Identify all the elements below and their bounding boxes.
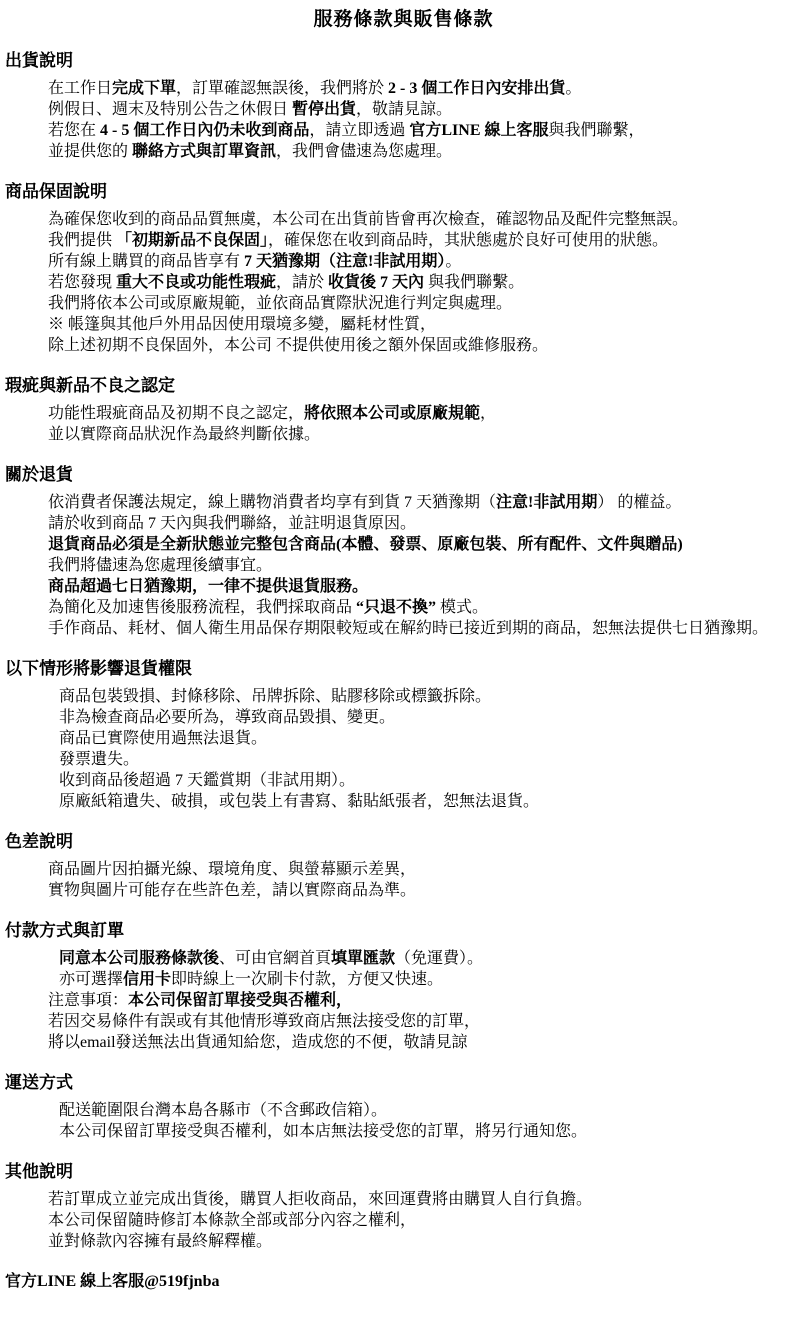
paragraph-line: 配送範圍限台灣本島各縣市（不含郵政信箱）。 (5, 1100, 802, 1121)
paragraph-line: 並提供您的 聯絡方式與訂單資訊，我們會儘速為您處理。 (5, 141, 802, 162)
text-segment: ， (480, 405, 496, 422)
paragraph-line: 若您發現 重大不良或功能性瑕疵，請於 收貨後 7 天內 與我們聯繫。 (5, 272, 802, 293)
text-segment: ） 的權益。 (597, 494, 681, 511)
section: 其他說明若訂單成立並完成出貨後，購買人拒收商品，來回運費將由購買人自行負擔。本公… (5, 1161, 802, 1252)
text-segment: 並提供您的 (48, 143, 132, 160)
text-segment: 。 (565, 80, 581, 97)
text-segment: 若訂單成立並完成出貨後，購買人拒收商品，來回運費將由購買人自行負擔。 (48, 1191, 592, 1208)
text-segment: 若您發現 (48, 274, 116, 291)
text-segment: 若因交易條件有誤或有其他情形導致商店無法接受您的訂單， (48, 1013, 480, 1030)
text-segment: ，請立即透過 (309, 122, 409, 139)
paragraph-line: 所有線上購買的商品皆享有 7 天猶豫期（注意!非試用期）。 (5, 251, 802, 272)
text-segment: 暫停出貨 (292, 101, 356, 118)
paragraph-line: 我們將依本公司或原廠規範，並依商品實際狀況進行判定與處理。 (5, 293, 802, 314)
section-heading: 出貨說明 (5, 50, 802, 72)
paragraph-line: 例假日、週末及特別公告之休假日 暫停出貨，敬請見諒。 (5, 99, 802, 120)
text-segment: “只退不換” (356, 599, 436, 616)
section-heading: 付款方式與訂單 (5, 920, 802, 942)
text-segment: 收貨後 7 天內 (328, 274, 424, 291)
text-segment: 為簡化及加速售後服務流程，我們採取商品 (48, 599, 356, 616)
text-segment: 商品超過七日猶豫期，一律不提供退貨服務。 (48, 578, 368, 595)
text-segment: ，敬請見諒。 (356, 101, 452, 118)
paragraph-line: 若您在 4 - 5 個工作日內仍未收到商品，請立即透過 官方LINE 線上客服與… (5, 120, 802, 141)
text-segment: 商品已實際使用過無法退貨。 (59, 730, 267, 747)
text-segment: ，請於 (276, 274, 328, 291)
text-segment: 本公司保留訂單接受與否權利，如本店無法接受您的訂單，將另行通知您。 (59, 1123, 587, 1140)
text-segment: 依消費者保護法規定，線上購物消費者均享有到貨 7 天猶豫期（ (48, 494, 496, 511)
text-segment: 為確保您收到的商品品質無虞，本公司在出貨前皆會再次檢查，確認物品及配件完整無誤。 (48, 211, 688, 228)
paragraph-line: 手作商品、耗材、個人衛生用品保存期限較短或在解約時已接近到期的商品，恕無法提供七… (5, 618, 802, 639)
section: 以下情形將影響退貨權限商品包裝毀損、封條移除、吊牌拆除、貼膠移除或標籤拆除。非為… (5, 658, 802, 812)
text-segment: ※ 帳篷與其他戶外用品因使用環境多變，屬耗材性質， (48, 316, 436, 333)
text-segment: 在工作日 (48, 80, 112, 97)
text-segment: 模式。 (436, 599, 488, 616)
text-segment: 手作商品、耗材、個人衛生用品保存期限較短或在解約時已接近到期的商品，恕無法提供七… (48, 620, 768, 637)
section: 關於退貨依消費者保護法規定，線上購物消費者均享有到貨 7 天猶豫期（注意!非試用… (5, 464, 802, 639)
paragraph-line: 請於收到商品 7 天內與我們聯絡，並註明退貨原因。 (5, 513, 802, 534)
paragraph-line: 我們將儘速為您處理後續事宜。 (5, 555, 802, 576)
text-segment: 所有線上購買的商品皆享有 (48, 253, 244, 270)
paragraph-line: 實物與圖片可能存在些許色差，請以實際商品為準。 (5, 880, 802, 901)
section: 瑕疵與新品不良之認定功能性瑕疵商品及初期不良之認定，將依照本公司或原廠規範，並以… (5, 375, 802, 445)
text-segment: 我們提供 (48, 232, 116, 249)
section-heading: 其他說明 (5, 1161, 802, 1183)
text-segment: 與我們聯繫， (549, 122, 645, 139)
paragraph-line: 退貨商品必須是全新狀態並完整包含商品(本體、發票、原廠包裝、所有配件、文件與贈品… (5, 534, 802, 555)
paragraph-line: 商品圖片因拍攝光線、環境角度、與螢幕顯示差異， (5, 859, 802, 880)
section: 商品保固說明為確保您收到的商品品質無虞，本公司在出貨前皆會再次檢查，確認物品及配… (5, 181, 802, 356)
text-segment: 將依照本公司或原廠規範 (304, 405, 480, 422)
line-customer-service-footer: 官方LINE 線上客服@519fjnba (5, 1271, 802, 1293)
section-heading: 運送方式 (5, 1072, 802, 1094)
paragraph-line: 功能性瑕疵商品及初期不良之認定，將依照本公司或原廠規範， (5, 403, 802, 424)
text-segment: 本公司保留訂單接受與否權利， (128, 992, 352, 1009)
text-segment: 完成下單 (112, 80, 176, 97)
text-segment: 官方LINE 線上客服 (409, 122, 548, 139)
paragraph-line: ※ 帳篷與其他戶外用品因使用環境多變，屬耗材性質， (5, 314, 802, 335)
text-segment: 與我們聯繫。 (424, 274, 524, 291)
paragraph-line: 在工作日完成下單，訂單確認無誤後，我們將於 2 - 3 個工作日內安排出貨。 (5, 78, 802, 99)
paragraph-line: 將以email發送無法出貨通知給您，造成您的不便，敬請見諒 (5, 1032, 802, 1053)
text-segment: 亦可選擇 (59, 971, 123, 988)
section: 色差說明商品圖片因拍攝光線、環境角度、與螢幕顯示差異，實物與圖片可能存在些許色差… (5, 831, 802, 901)
section-heading: 關於退貨 (5, 464, 802, 486)
paragraph-line: 注意事項：本公司保留訂單接受與否權利， (5, 990, 802, 1011)
text-segment: 非為檢查商品必要所為，導致商品毀損、變更。 (59, 709, 395, 726)
text-segment: 重大不良或功能性瑕疵 (116, 274, 276, 291)
text-segment: 同意本公司服務條款後 (59, 950, 219, 967)
paragraph-line: 亦可選擇信用卡即時線上一次刷卡付款，方便又快速。 (5, 969, 802, 990)
text-segment: 4 - 5 個工作日內仍未收到商品 (100, 122, 309, 139)
text-segment: 並對條款內容擁有最終解釋權。 (48, 1233, 272, 1250)
text-segment: 功能性瑕疵商品及初期不良之認定， (48, 405, 304, 422)
text-segment: 、可由官網首頁 (219, 950, 331, 967)
paragraph-line: 若因交易條件有誤或有其他情形導致商店無法接受您的訂單， (5, 1011, 802, 1032)
text-segment: 商品圖片因拍攝光線、環境角度、與螢幕顯示差異， (48, 861, 416, 878)
text-segment: 收到商品後超過 7 天鑑賞期（非試用期）。 (59, 772, 355, 789)
text-segment: 我們將依本公司或原廠規範，並依商品實際狀況進行判定與處理。 (48, 295, 512, 312)
text-segment: 「初期新品不良保固」 (116, 232, 268, 249)
section-heading: 商品保固說明 (5, 181, 802, 203)
text-segment: 本公司保留隨時修訂本條款全部或部分內容之權利， (48, 1212, 416, 1229)
text-segment: 請於收到商品 7 天內與我們聯絡，並註明退貨原因。 (48, 515, 416, 532)
text-segment: 商品包裝毀損、封條移除、吊牌拆除、貼膠移除或標籤拆除。 (59, 688, 491, 705)
text-segment: 我們將儘速為您處理後續事宜。 (48, 557, 272, 574)
paragraph-line: 原廠紙箱遺失、破損，或包裝上有書寫、黏貼紙張者，恕無法退貨。 (5, 791, 802, 812)
section-heading: 色差說明 (5, 831, 802, 853)
section: 運送方式配送範圍限台灣本島各縣市（不含郵政信箱）。本公司保留訂單接受與否權利，如… (5, 1072, 802, 1142)
paragraph-line: 商品包裝毀損、封條移除、吊牌拆除、貼膠移除或標籤拆除。 (5, 686, 802, 707)
paragraph-line: 收到商品後超過 7 天鑑賞期（非試用期）。 (5, 770, 802, 791)
paragraph-line: 為確保您收到的商品品質無虞，本公司在出貨前皆會再次檢查，確認物品及配件完整無誤。 (5, 209, 802, 230)
text-segment: （免運費）。 (395, 950, 483, 967)
text-segment: 原廠紙箱遺失、破損，或包裝上有書寫、黏貼紙張者，恕無法退貨。 (59, 793, 539, 810)
document-title: 服務條款與販售條款 (5, 8, 802, 32)
text-segment: ，訂單確認無誤後，我們將於 (176, 80, 388, 97)
paragraph-line: 我們提供 「初期新品不良保固」，確保您在收到商品時，其狀態處於良好可使用的狀態。 (5, 230, 802, 251)
text-segment: 例假日、週末及特別公告之休假日 (48, 101, 292, 118)
document-page: 服務條款與販售條款 出貨說明在工作日完成下單，訂單確認無誤後，我們將於 2 - … (0, 0, 808, 1293)
paragraph-line: 依消費者保護法規定，線上購物消費者均享有到貨 7 天猶豫期（注意!非試用期） 的… (5, 492, 802, 513)
paragraph-line: 並對條款內容擁有最終解釋權。 (5, 1231, 802, 1252)
paragraph-line: 發票遺失。 (5, 749, 802, 770)
paragraph-line: 為簡化及加速售後服務流程，我們採取商品 “只退不換” 模式。 (5, 597, 802, 618)
text-segment: 信用卡 (123, 971, 171, 988)
section-heading: 瑕疵與新品不良之認定 (5, 375, 802, 397)
text-segment: 實物與圖片可能存在些許色差，請以實際商品為準。 (48, 882, 416, 899)
paragraph-line: 商品超過七日猶豫期，一律不提供退貨服務。 (5, 576, 802, 597)
text-segment: 。 (445, 253, 461, 270)
text-segment: 將以email發送無法出貨通知給您，造成您的不便，敬請見諒 (48, 1034, 468, 1051)
text-segment: 並以實際商品狀況作為最終判斷依據。 (48, 426, 320, 443)
text-segment: 聯絡方式與訂單資訊 (132, 143, 276, 160)
paragraph-line: 同意本公司服務條款後、可由官網首頁填單匯款（免運費）。 (5, 948, 802, 969)
text-segment: 退貨商品必須是全新狀態並完整包含商品(本體、發票、原廠包裝、所有配件、文件與贈品… (48, 536, 683, 553)
text-segment: 2 - 3 個工作日內安排出貨 (388, 80, 565, 97)
text-segment: ，確保您在收到商品時，其狀態處於良好可使用的狀態。 (268, 232, 668, 249)
paragraph-line: 商品已實際使用過無法退貨。 (5, 728, 802, 749)
paragraph-line: 本公司保留隨時修訂本條款全部或部分內容之權利， (5, 1210, 802, 1231)
text-segment: 填單匯款 (331, 950, 395, 967)
text-segment: 發票遺失。 (59, 751, 139, 768)
text-segment: 若您在 (48, 122, 100, 139)
paragraph-line: 非為檢查商品必要所為，導致商品毀損、變更。 (5, 707, 802, 728)
paragraph-line: 若訂單成立並完成出貨後，購買人拒收商品，來回運費將由購買人自行負擔。 (5, 1189, 802, 1210)
text-segment: 注意!非試用期 (496, 494, 597, 511)
text-segment: 配送範圍限台灣本島各縣市（不含郵政信箱）。 (59, 1102, 387, 1119)
section: 出貨說明在工作日完成下單，訂單確認無誤後，我們將於 2 - 3 個工作日內安排出… (5, 50, 802, 162)
section-heading: 以下情形將影響退貨權限 (5, 658, 802, 680)
text-segment: 7 天猶豫期（注意!非試用期） (244, 253, 445, 270)
text-segment: 即時線上一次刷卡付款，方便又快速。 (171, 971, 443, 988)
paragraph-line: 並以實際商品狀況作為最終判斷依據。 (5, 424, 802, 445)
text-segment: 除上述初期不良保固外，本公司 不提供使用後之額外保固或維修服務。 (48, 337, 548, 354)
text-segment: 注意事項： (48, 992, 128, 1009)
text-segment: ，我們會儘速為您處理。 (276, 143, 452, 160)
paragraph-line: 本公司保留訂單接受與否權利，如本店無法接受您的訂單，將另行通知您。 (5, 1121, 802, 1142)
section: 付款方式與訂單同意本公司服務條款後、可由官網首頁填單匯款（免運費）。亦可選擇信用… (5, 920, 802, 1053)
paragraph-line: 除上述初期不良保固外，本公司 不提供使用後之額外保固或維修服務。 (5, 335, 802, 356)
document-body: 出貨說明在工作日完成下單，訂單確認無誤後，我們將於 2 - 3 個工作日內安排出… (5, 50, 802, 1252)
